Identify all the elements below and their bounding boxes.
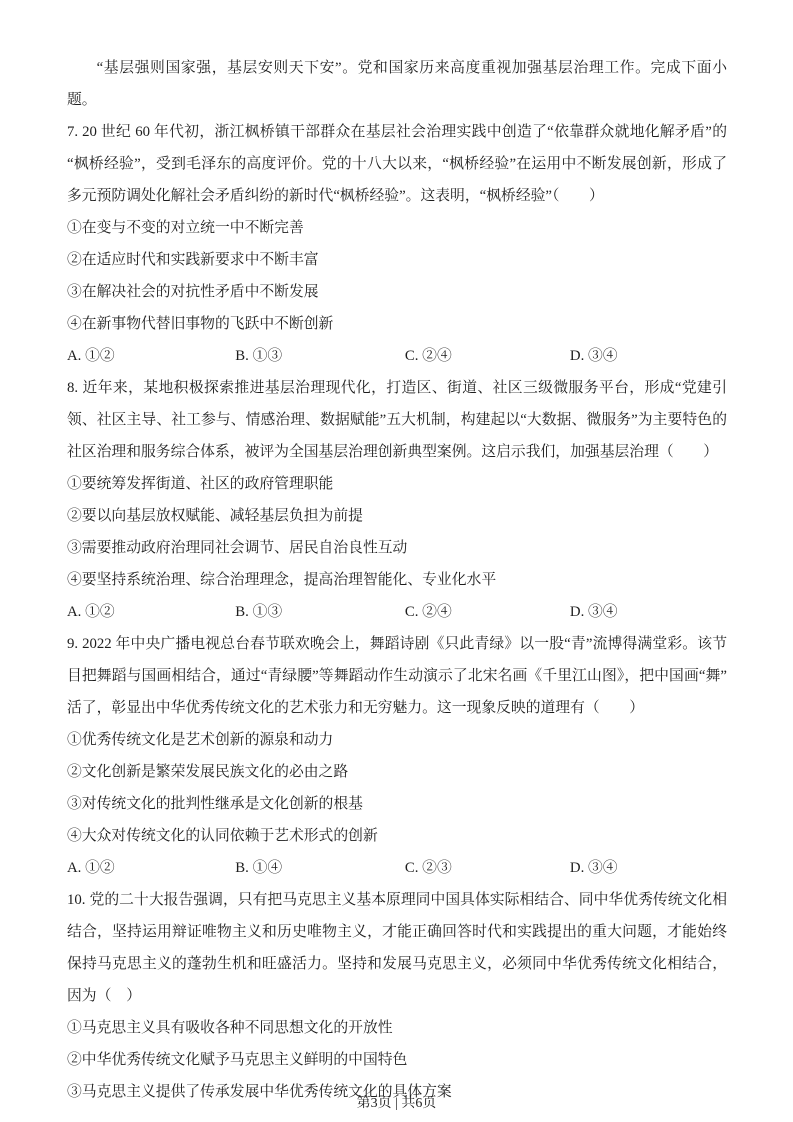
question-7-choice-c: C. ②④ — [405, 340, 570, 372]
page-footer: 第3页 | 共6页 — [0, 1092, 793, 1112]
question-8-statement-2: ②要以向基层放权赋能、减轻基层负担为前提 — [67, 500, 727, 532]
intro-paragraph: “基层强则国家强，基层安则天下安”。党和国家历来高度重视加强基层治理工作。完成下… — [67, 52, 727, 116]
question-10-number: 10. — [67, 892, 86, 908]
question-9-stem: 9.2022 年中央广播电视总台春节联欢晚会上，舞蹈诗剧《只此青绿》以一股“青”… — [67, 628, 727, 724]
question-7-choice-b: B. ①③ — [235, 340, 405, 372]
question-8-stem-text: 近年来，某地积极探索推进基层治理现代化，打造区、街道、社区三级微服务平台，形成“… — [67, 380, 727, 460]
question-9-statement-2: ②文化创新是繁荣发展民族文化的必由之路 — [67, 756, 727, 788]
question-8-statement-3: ③需要推动政府治理同社会调节、居民自治良性互动 — [67, 532, 727, 564]
question-8-choice-a: A. ①② — [67, 596, 235, 628]
exam-document-page: “基层强则国家强，基层安则天下安”。党和国家历来高度重视加强基层治理工作。完成下… — [0, 0, 793, 1122]
question-7-statement-4: ④在新事物代替旧事物的飞跃中不断创新 — [67, 308, 727, 340]
question-10-statement-1: ①马克思主义具有吸收各种不同思想文化的开放性 — [67, 1012, 727, 1044]
question-7-choice-d: D. ③④ — [570, 340, 727, 372]
question-7-choice-a: A. ①② — [67, 340, 235, 372]
page-number-indicator: 第3页 | 共6页 — [357, 1096, 437, 1111]
question-8: 8.近年来，某地积极探索推进基层治理现代化，打造区、街道、社区三级微服务平台，形… — [67, 372, 727, 628]
question-7-stem: 7.20 世纪 60 年代初，浙江枫桥镇干部群众在基层社会治理实践中创造了“依靠… — [67, 116, 727, 212]
question-8-statement-1: ①要统筹发挥街道、社区的政府管理职能 — [67, 468, 727, 500]
question-8-statement-4: ④要坚持系统治理、综合治理理念，提高治理智能化、专业化水平 — [67, 564, 727, 596]
question-7-choices-row: A. ①② B. ①③ C. ②④ D. ③④ — [67, 340, 727, 372]
question-7: 7.20 世纪 60 年代初，浙江枫桥镇干部群众在基层社会治理实践中创造了“依靠… — [67, 116, 727, 372]
question-8-choice-d: D. ③④ — [570, 596, 727, 628]
question-9-choice-a: A. ①② — [67, 852, 235, 884]
question-7-number: 7. — [67, 124, 78, 140]
question-8-choices-row: A. ①② B. ①③ C. ②④ D. ③④ — [67, 596, 727, 628]
question-8-number: 8. — [67, 380, 78, 396]
question-9-choices-row: A. ①② B. ①④ C. ②③ D. ③④ — [67, 852, 727, 884]
question-7-statement-2: ②在适应时代和实践新要求中不断丰富 — [67, 244, 727, 276]
question-10-stem-text: 党的二十大报告强调，只有把马克思主义基本原理同中国具体实际相结合、同中华优秀传统… — [67, 892, 727, 1004]
question-10-statement-2: ②中华优秀传统文化赋予马克思主义鲜明的中国特色 — [67, 1044, 727, 1076]
question-10-stem: 10.党的二十大报告强调，只有把马克思主义基本原理同中国具体实际相结合、同中华优… — [67, 884, 727, 1012]
question-9-statement-3: ③对传统文化的批判性继承是文化创新的根基 — [67, 788, 727, 820]
question-9-choice-b: B. ①④ — [235, 852, 405, 884]
question-9-statement-4: ④大众对传统文化的认同依赖于艺术形式的创新 — [67, 820, 727, 852]
question-9-stem-text: 2022 年中央广播电视总台春节联欢晚会上，舞蹈诗剧《只此青绿》以一股“青”流博… — [67, 636, 727, 716]
question-9-choice-c: C. ②③ — [405, 852, 570, 884]
question-9-choice-d: D. ③④ — [570, 852, 727, 884]
page-content: “基层强则国家强，基层安则天下安”。党和国家历来高度重视加强基层治理工作。完成下… — [67, 52, 727, 1108]
question-9: 9.2022 年中央广播电视总台春节联欢晚会上，舞蹈诗剧《只此青绿》以一股“青”… — [67, 628, 727, 884]
question-8-stem: 8.近年来，某地积极探索推进基层治理现代化，打造区、街道、社区三级微服务平台，形… — [67, 372, 727, 468]
question-7-statement-3: ③在解决社会的对抗性矛盾中不断发展 — [67, 276, 727, 308]
question-8-choice-c: C. ②④ — [405, 596, 570, 628]
question-9-number: 9. — [67, 636, 78, 652]
question-9-statement-1: ①优秀传统文化是艺术创新的源泉和动力 — [67, 724, 727, 756]
question-10: 10.党的二十大报告强调，只有把马克思主义基本原理同中国具体实际相结合、同中华优… — [67, 884, 727, 1108]
question-8-choice-b: B. ①③ — [235, 596, 405, 628]
question-7-stem-text: 20 世纪 60 年代初，浙江枫桥镇干部群众在基层社会治理实践中创造了“依靠群众… — [67, 124, 727, 204]
question-7-statement-1: ①在变与不变的对立统一中不断完善 — [67, 212, 727, 244]
